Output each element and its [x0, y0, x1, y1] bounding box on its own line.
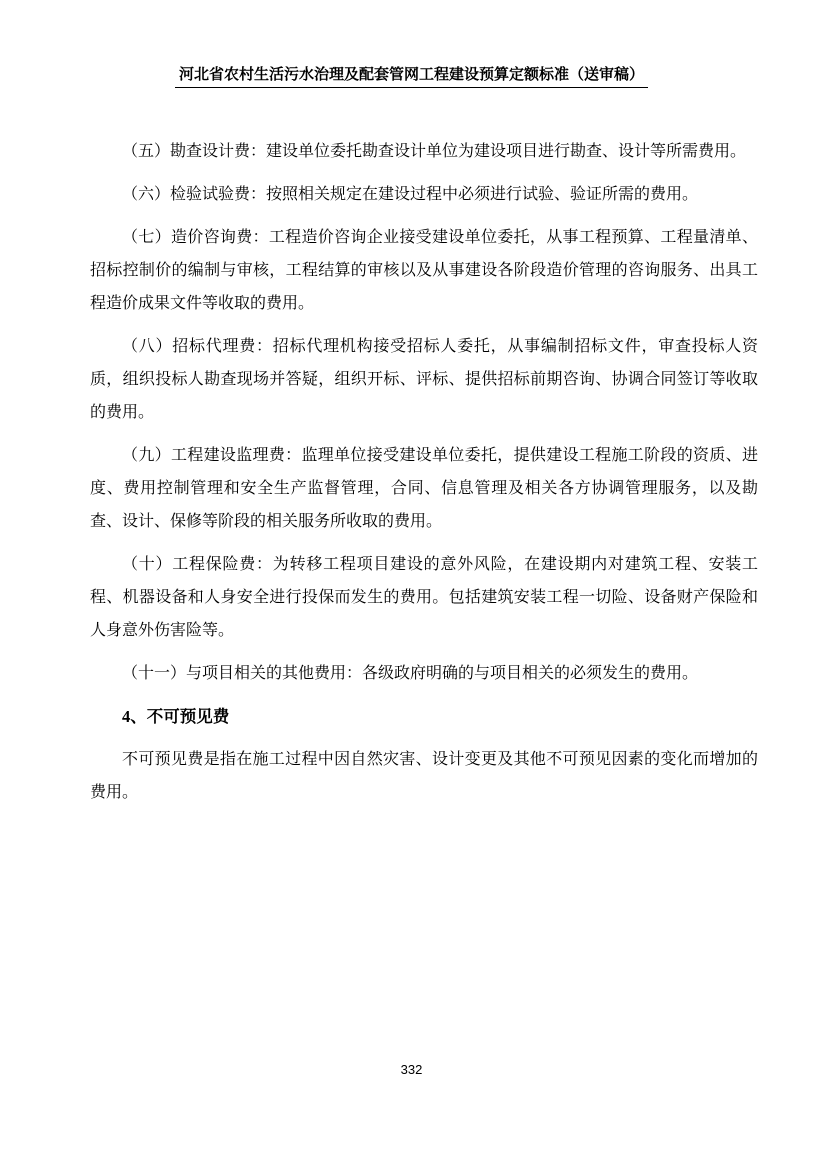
- document-body: （五）勘查设计费：建设单位委托勘查设计单位为建设项目进行勘查、设计等所需费用。 …: [90, 135, 758, 819]
- paragraph-item7: （七）造价咨询费：工程造价咨询企业接受建设单位委托，从事工程预算、工程量清单、招…: [90, 221, 758, 320]
- paragraph-item9: （九）工程建设监理费：监理单位接受建设单位委托，提供建设工程施工阶段的资质、进度…: [90, 439, 758, 538]
- paragraph-item5: （五）勘查设计费：建设单位委托勘查设计单位为建设项目进行勘查、设计等所需费用。: [90, 135, 758, 168]
- paragraph-item11: （十一）与项目相关的其他费用：各级政府明确的与项目相关的必须发生的费用。: [90, 657, 758, 690]
- paragraph-item10: （十）工程保险费：为转移工程项目建设的意外风险，在建设期内对建筑工程、安装工程、…: [90, 548, 758, 647]
- section-heading: 4、不可预见费: [90, 700, 758, 733]
- page-footer: 332: [0, 1061, 823, 1079]
- closing-paragraph: 不可预见费是指在施工过程中因自然灾害、设计变更及其他不可预见因素的变化而增加的费…: [90, 743, 758, 809]
- paragraph-item8: （八）招标代理费：招标代理机构接受招标人委托，从事编制招标文件，审查投标人资质，…: [90, 330, 758, 429]
- header-title: 河北省农村生活污水治理及配套管网工程建设预算定额标准（送审稿）: [175, 66, 648, 88]
- page-header: 河北省农村生活污水治理及配套管网工程建设预算定额标准（送审稿）: [0, 66, 823, 88]
- document-page: 河北省农村生活污水治理及配套管网工程建设预算定额标准（送审稿） （五）勘查设计费…: [0, 0, 823, 1165]
- page-number: 332: [401, 1062, 423, 1077]
- paragraph-item6: （六）检验试验费：按照相关规定在建设过程中必须进行试验、验证所需的费用。: [90, 178, 758, 211]
